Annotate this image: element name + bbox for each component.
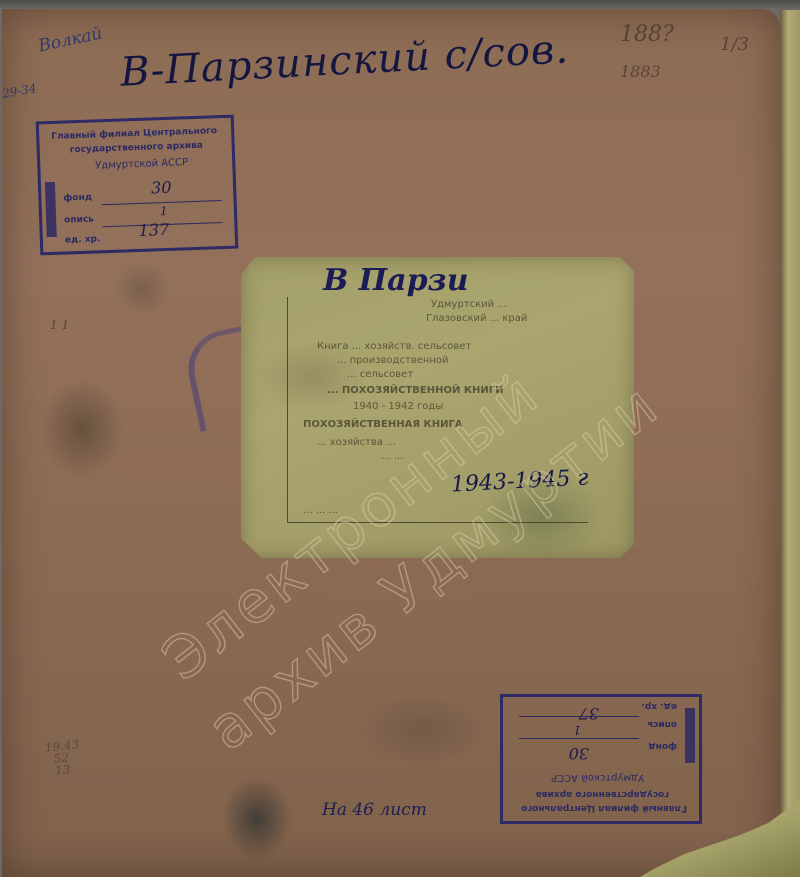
scan-frame: Волкай 29-34 В-Парзинский с/сов. 188? 18… — [0, 0, 800, 877]
label-print-line: 1940 - 1942 годы — [353, 401, 443, 412]
stamp-line: государственного архива — [70, 141, 204, 156]
stamp-delo-value: 137 — [138, 220, 169, 240]
stamp-delo-label: ед. хр. — [641, 701, 677, 711]
page-edge-strip — [780, 10, 800, 877]
stamp-fond-label: фонд — [648, 741, 677, 751]
label-print-line: ... хозяйства ... — [317, 437, 396, 448]
archive-stamp-top-left: Главный филиал Центрального государствен… — [36, 115, 239, 256]
label-print-line: Глазовский ... край — [426, 313, 527, 324]
pencil-year-1: 188? — [620, 22, 674, 47]
pencil-bottom-left-numbers: 19.43 52 13 — [44, 738, 82, 777]
stamp-delo-value: 37 — [579, 704, 599, 723]
label-print-line: Книга ... хозяйств. сельсовет — [317, 341, 471, 352]
stamp-line: государственного архива — [536, 789, 669, 799]
label-print-line: Удмуртский ... — [431, 299, 507, 310]
archive-stamp-bottom-right: Главный филиал Центрального государствен… — [500, 694, 702, 824]
stamp-fond-value: 30 — [151, 178, 172, 198]
pencil-year-2: 1883 — [620, 62, 661, 81]
stamp-opis-label: опись — [64, 215, 94, 226]
pencil-left-margin: 1 1 — [50, 318, 69, 332]
sheet-count: На 46 лист — [322, 800, 427, 820]
stamp-delo-label: ед. хр. — [65, 234, 101, 245]
stamp-line: Главный филиал Центрального — [521, 803, 687, 813]
label-print-line: ... сельсовет — [347, 369, 413, 380]
label-print-line: ... производственной — [337, 355, 449, 366]
stamp-line: Главный филиал Центрального — [51, 126, 217, 142]
book-label: В Парзи Удмуртский ... Глазовский ... кр… — [241, 257, 634, 558]
stamp-opis-label: опись — [647, 719, 677, 729]
pencil-top-right-mark: 1/3 — [720, 34, 749, 55]
stamp-bar — [685, 708, 695, 763]
stamp-bar — [45, 182, 57, 237]
label-title: В Парзи — [323, 263, 469, 298]
stamp-line: Удмуртской АССР — [95, 157, 188, 171]
stamp-fond-label: фонд — [63, 193, 92, 204]
stamp-opis-value: 1 — [160, 204, 168, 218]
stamp-opis-value: 1 — [573, 723, 581, 737]
stamp-line: Удмуртской АССР — [551, 772, 644, 783]
stamp-fond-value: 30 — [569, 744, 589, 763]
